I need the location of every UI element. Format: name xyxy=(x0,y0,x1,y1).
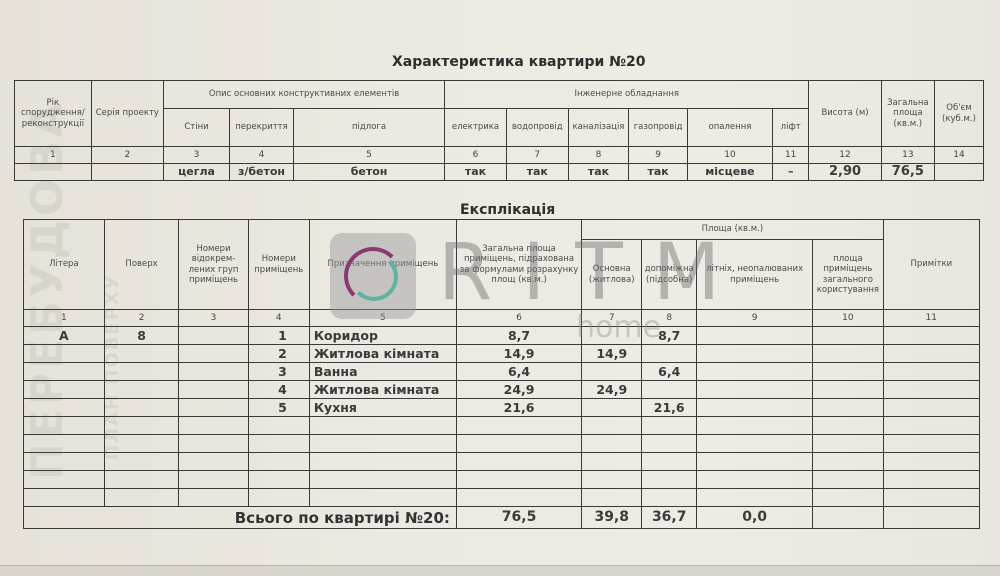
empty-cell xyxy=(813,471,883,489)
cell-room-number: 3 xyxy=(248,363,309,381)
value-floor: бетон xyxy=(293,164,444,181)
empty-row xyxy=(24,489,980,507)
cell-room-purpose: Житлова кімната xyxy=(309,345,456,363)
column-numbers-row: 1234567891011121314 xyxy=(15,147,984,164)
cell-room-total-area: 14,9 xyxy=(456,345,581,363)
header-room-numbers: Номери приміщень xyxy=(248,220,309,310)
total-common-sum xyxy=(813,507,883,529)
cell-summer-area xyxy=(697,363,813,381)
value-walls: цегла xyxy=(164,164,230,181)
cell-summer-area xyxy=(697,381,813,399)
column-number: 13 xyxy=(881,147,934,164)
cell-common-area xyxy=(813,381,883,399)
cell-group-number xyxy=(179,381,248,399)
empty-cell xyxy=(179,489,248,507)
value-electricity: так xyxy=(445,164,507,181)
page-edge xyxy=(0,565,1000,576)
empty-cell xyxy=(104,471,179,489)
column-number: 14 xyxy=(934,147,983,164)
cell-summer-area xyxy=(697,327,813,345)
table-row: 2Житлова кімната14,914,9 xyxy=(24,345,980,363)
cell-notes xyxy=(883,399,979,417)
empty-cell xyxy=(883,435,979,453)
header-volume: Об'єм (куб.м.) xyxy=(934,81,983,147)
column-number: 4 xyxy=(248,310,309,327)
empty-row xyxy=(24,471,980,489)
empty-cell xyxy=(456,471,581,489)
cell-group-number xyxy=(179,345,248,363)
column-number: 12 xyxy=(809,147,881,164)
empty-cell xyxy=(813,489,883,507)
cell-summer-area xyxy=(697,399,813,417)
cell-group-number xyxy=(179,327,248,345)
empty-cell xyxy=(883,471,979,489)
cell-main-area: 24,9 xyxy=(582,381,642,399)
header-gas: газопровід xyxy=(629,109,688,147)
empty-cell xyxy=(248,435,309,453)
empty-cell xyxy=(179,417,248,435)
column-number: 4 xyxy=(230,147,294,164)
empty-cell xyxy=(642,417,697,435)
cell-room-number: 2 xyxy=(248,345,309,363)
table-row: А81Коридор8,78,7 xyxy=(24,327,980,345)
empty-cell xyxy=(248,453,309,471)
total-area-sum: 76,5 xyxy=(456,507,581,529)
empty-cell xyxy=(248,489,309,507)
cell-room-total-area: 21,6 xyxy=(456,399,581,417)
empty-cell xyxy=(456,489,581,507)
empty-row xyxy=(24,417,980,435)
column-number: 3 xyxy=(164,147,230,164)
value-total-area: 76,5 xyxy=(881,164,934,181)
cell-letter xyxy=(24,399,105,417)
characteristics-title: Характеристика квартири №20 xyxy=(392,54,645,70)
cell-group-number xyxy=(179,363,248,381)
total-label: Всього по квартирі №20: xyxy=(24,507,457,529)
empty-cell xyxy=(642,435,697,453)
value-volume xyxy=(934,164,983,181)
column-number: 11 xyxy=(773,147,809,164)
column-number: 11 xyxy=(883,310,979,327)
empty-cell xyxy=(179,435,248,453)
empty-cell xyxy=(642,489,697,507)
header-sewer: каналізація xyxy=(568,109,629,147)
cell-main-area xyxy=(582,399,642,417)
cell-summer-area xyxy=(697,345,813,363)
empty-cell xyxy=(582,489,642,507)
empty-cell xyxy=(104,417,179,435)
explication-title: Експлікація xyxy=(460,202,555,218)
column-number: 7 xyxy=(506,147,568,164)
empty-cell xyxy=(248,417,309,435)
total-row: Всього по квартирі №20: 76,5 39,8 36,7 0… xyxy=(24,507,980,529)
header-height: Висота (м) xyxy=(809,81,881,147)
value-height: 2,90 xyxy=(809,164,881,181)
empty-cell xyxy=(248,471,309,489)
cell-aux-area xyxy=(642,381,697,399)
empty-cell xyxy=(104,435,179,453)
cell-letter xyxy=(24,363,105,381)
cell-common-area xyxy=(813,327,883,345)
column-number: 10 xyxy=(687,147,772,164)
value-sewer: так xyxy=(568,164,629,181)
empty-cell xyxy=(883,417,979,435)
cell-floor xyxy=(104,363,179,381)
cell-notes xyxy=(883,345,979,363)
characteristics-table: Рік спорудження/ реконструкції Серія про… xyxy=(14,80,984,181)
empty-cell xyxy=(582,417,642,435)
cell-room-number: 1 xyxy=(248,327,309,345)
header-notes: Примітки xyxy=(883,220,979,310)
cell-room-number: 4 xyxy=(248,381,309,399)
empty-cell xyxy=(813,417,883,435)
total-main-sum: 39,8 xyxy=(582,507,642,529)
column-number: 5 xyxy=(293,147,444,164)
watermark-logo xyxy=(330,233,416,319)
empty-cell xyxy=(309,435,456,453)
table-row: 5Кухня21,621,6 xyxy=(24,399,980,417)
cell-aux-area: 6,4 xyxy=(642,363,697,381)
header-electricity: електрика xyxy=(445,109,507,147)
empty-cell xyxy=(104,489,179,507)
cell-room-total-area: 24,9 xyxy=(456,381,581,399)
cell-letter: А xyxy=(24,327,105,345)
value-year xyxy=(15,164,92,181)
cell-room-purpose: Кухня xyxy=(309,399,456,417)
column-number: 3 xyxy=(179,310,248,327)
value-gas: так xyxy=(629,164,688,181)
cell-floor: 8 xyxy=(104,327,179,345)
cell-notes xyxy=(883,381,979,399)
cell-room-number: 5 xyxy=(248,399,309,417)
empty-cell xyxy=(24,489,105,507)
cell-group-number xyxy=(179,399,248,417)
header-water: водопровід xyxy=(506,109,568,147)
characteristics-values-row: цегла з/бетон бетон так так так так місц… xyxy=(15,164,984,181)
total-aux-sum: 36,7 xyxy=(642,507,697,529)
empty-cell xyxy=(309,453,456,471)
empty-cell xyxy=(24,417,105,435)
cell-aux-area: 21,6 xyxy=(642,399,697,417)
value-series xyxy=(91,164,163,181)
value-ceiling: з/бетон xyxy=(230,164,294,181)
header-series: Серія проекту xyxy=(91,81,163,147)
empty-cell xyxy=(309,489,456,507)
empty-cell xyxy=(582,435,642,453)
cell-letter xyxy=(24,381,105,399)
column-number: 2 xyxy=(91,147,163,164)
empty-cell xyxy=(582,453,642,471)
cell-letter xyxy=(24,345,105,363)
cell-floor xyxy=(104,381,179,399)
empty-cell xyxy=(24,435,105,453)
cell-room-purpose: Коридор xyxy=(309,327,456,345)
empty-cell xyxy=(642,471,697,489)
column-number: 1 xyxy=(15,147,92,164)
cell-room-total-area: 8,7 xyxy=(456,327,581,345)
empty-cell xyxy=(697,435,813,453)
cell-common-area xyxy=(813,345,883,363)
watermark-ring-icon-2 xyxy=(350,253,398,301)
column-number: 1 xyxy=(24,310,105,327)
cell-main-area xyxy=(582,363,642,381)
header-common-area: площа приміщень загального користування xyxy=(813,240,883,310)
cell-room-purpose: Житлова кімната xyxy=(309,381,456,399)
empty-cell xyxy=(582,471,642,489)
header-floor-number: Поверх xyxy=(104,220,179,310)
value-heating: місцеве xyxy=(687,164,772,181)
header-engineering-group: Інженерне обладнання xyxy=(445,81,809,109)
empty-cell xyxy=(456,417,581,435)
empty-cell xyxy=(456,435,581,453)
empty-cell xyxy=(883,453,979,471)
table-row: 3Ванна6,46,4 xyxy=(24,363,980,381)
header-walls: Стіни xyxy=(164,109,230,147)
empty-cell xyxy=(309,471,456,489)
empty-cell xyxy=(697,471,813,489)
header-letter: Літера xyxy=(24,220,105,310)
cell-notes xyxy=(883,327,979,345)
empty-row xyxy=(24,453,980,471)
total-notes xyxy=(883,507,979,529)
cell-floor xyxy=(104,399,179,417)
cell-notes xyxy=(883,363,979,381)
watermark-brand: RITM xyxy=(438,228,750,318)
header-lift: ліфт xyxy=(773,109,809,147)
empty-cell xyxy=(813,453,883,471)
cell-room-purpose: Ванна xyxy=(309,363,456,381)
cell-room-total-area: 6,4 xyxy=(456,363,581,381)
header-year: Рік спорудження/ реконструкції xyxy=(15,81,92,147)
column-number: 8 xyxy=(568,147,629,164)
total-summer-sum: 0,0 xyxy=(697,507,813,529)
watermark-sub: home xyxy=(576,310,661,345)
empty-row xyxy=(24,435,980,453)
value-lift: – xyxy=(773,164,809,181)
cell-aux-area xyxy=(642,345,697,363)
cell-floor xyxy=(104,345,179,363)
cell-common-area xyxy=(813,363,883,381)
empty-cell xyxy=(24,471,105,489)
empty-cell xyxy=(642,453,697,471)
column-number: 6 xyxy=(445,147,507,164)
empty-cell xyxy=(104,453,179,471)
header-ceiling: перекриття xyxy=(230,109,294,147)
column-number: 2 xyxy=(104,310,179,327)
empty-cell xyxy=(309,417,456,435)
header-structure-group: Опис основних конструктивних елементів xyxy=(164,81,445,109)
empty-cell xyxy=(813,435,883,453)
empty-cell xyxy=(179,471,248,489)
column-number: 9 xyxy=(629,147,688,164)
cell-main-area: 14,9 xyxy=(582,345,642,363)
table-row: 4Житлова кімната24,924,9 xyxy=(24,381,980,399)
header-total-area: Загальна площа (кв.м.) xyxy=(881,81,934,147)
empty-cell xyxy=(697,417,813,435)
column-number: 10 xyxy=(813,310,883,327)
empty-cell xyxy=(697,453,813,471)
empty-cell xyxy=(697,489,813,507)
header-floor: підлога xyxy=(293,109,444,147)
empty-cell xyxy=(24,453,105,471)
empty-cell xyxy=(883,489,979,507)
value-water: так xyxy=(506,164,568,181)
header-heating: опалення xyxy=(687,109,772,147)
header-group-numbers: Номери відокрем-лених груп приміщень xyxy=(179,220,248,310)
empty-cell xyxy=(179,453,248,471)
empty-cell xyxy=(456,453,581,471)
cell-common-area xyxy=(813,399,883,417)
